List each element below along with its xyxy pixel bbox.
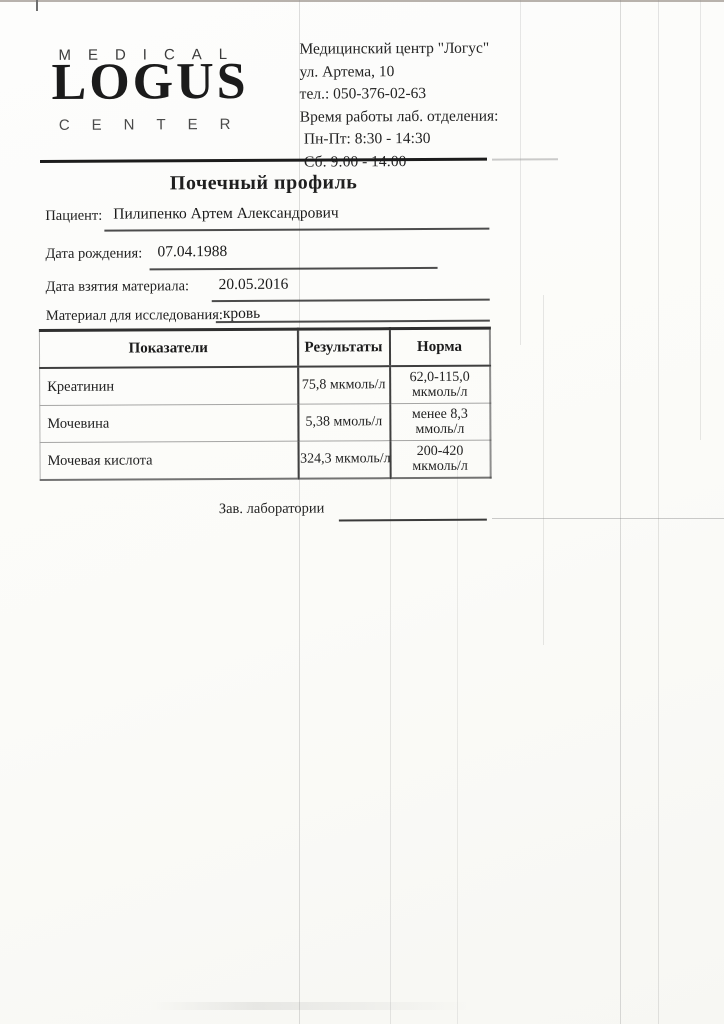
results-table-header-row: Показатели Результаты Норма xyxy=(39,328,489,368)
field-label-birth-date: Дата рождения: xyxy=(45,245,142,263)
indicator-norm: 200-420 мкмоль/л xyxy=(390,440,490,478)
table-row-urea: Мочевина 5,38 ммоль/л менее 8,3 ммоль/л xyxy=(40,403,490,442)
field-underline-material xyxy=(216,320,490,323)
clinic-address: ул. Артема, 10 xyxy=(299,60,498,84)
field-underline-patient xyxy=(104,228,489,232)
report-title: Почечный профиль xyxy=(40,171,487,196)
field-value-patient: Пилипенко Артем Александрович xyxy=(113,204,339,223)
clinic-info-block: Медицинский центр "Логус" ул. Артема, 10… xyxy=(299,38,498,174)
lab-hours-title: Время работы лаб. отделения: xyxy=(300,105,499,129)
indicator-name: Креатинин xyxy=(40,367,298,406)
field-underline-birth-date xyxy=(150,267,438,271)
field-underline-sample-date xyxy=(212,299,490,302)
indicator-name: Мочевина xyxy=(40,404,298,442)
document-content: MEDICAL LOGUS CENTER Медицинский центр "… xyxy=(0,0,724,1024)
results-table: Показатели Результаты Норма Креатинин 75… xyxy=(39,327,491,481)
signature-line xyxy=(339,519,487,522)
lab-hours-weekdays: Пн-Пт: 8:30 - 14:30 xyxy=(300,128,499,152)
indicator-norm: менее 8,3 ммоль/л xyxy=(390,403,490,441)
field-label-patient: Пациент: xyxy=(45,208,102,225)
clinic-name: Медицинский центр "Логус" xyxy=(299,38,498,62)
field-label-sample-date: Дата взятия материала: xyxy=(46,278,189,296)
scanned-lab-report-page: MEDICAL LOGUS CENTER Медицинский центр "… xyxy=(0,0,724,1024)
indicator-result: 5,38 ммоль/л xyxy=(298,404,390,441)
indicator-norm: 62,0-115,0 мкмоль/л xyxy=(390,366,490,404)
clinic-logo-logus-text: LOGUS xyxy=(51,56,248,109)
table-row-uric-acid: Мочевая кислота 324,3 мкмоль/л 200-420 м… xyxy=(40,440,490,480)
field-value-birth-date: 07.04.1988 xyxy=(157,243,227,261)
indicator-result: 324,3 мкмоль/л xyxy=(298,441,390,479)
field-label-material: Материал для исследования: xyxy=(46,307,223,325)
clinic-logo-center-text: CENTER xyxy=(59,116,253,134)
column-header-norm: Норма xyxy=(389,328,489,366)
table-row-creatinine: Креатинин 75,8 мкмоль/л 62,0-115,0 мкмол… xyxy=(40,366,490,406)
column-header-indicators: Показатели xyxy=(39,329,297,368)
field-value-sample-date: 20.05.2016 xyxy=(219,276,289,294)
signature-label: Зав. лаборатории xyxy=(219,501,325,519)
header-divider-rule-faded-tail xyxy=(492,158,558,160)
column-header-results: Результаты xyxy=(297,329,389,367)
indicator-result: 75,8 мкмоль/л xyxy=(298,366,390,404)
clinic-phone: тел.: 050-376-02-63 xyxy=(300,83,499,107)
indicator-name: Мочевая кислота xyxy=(40,441,298,480)
